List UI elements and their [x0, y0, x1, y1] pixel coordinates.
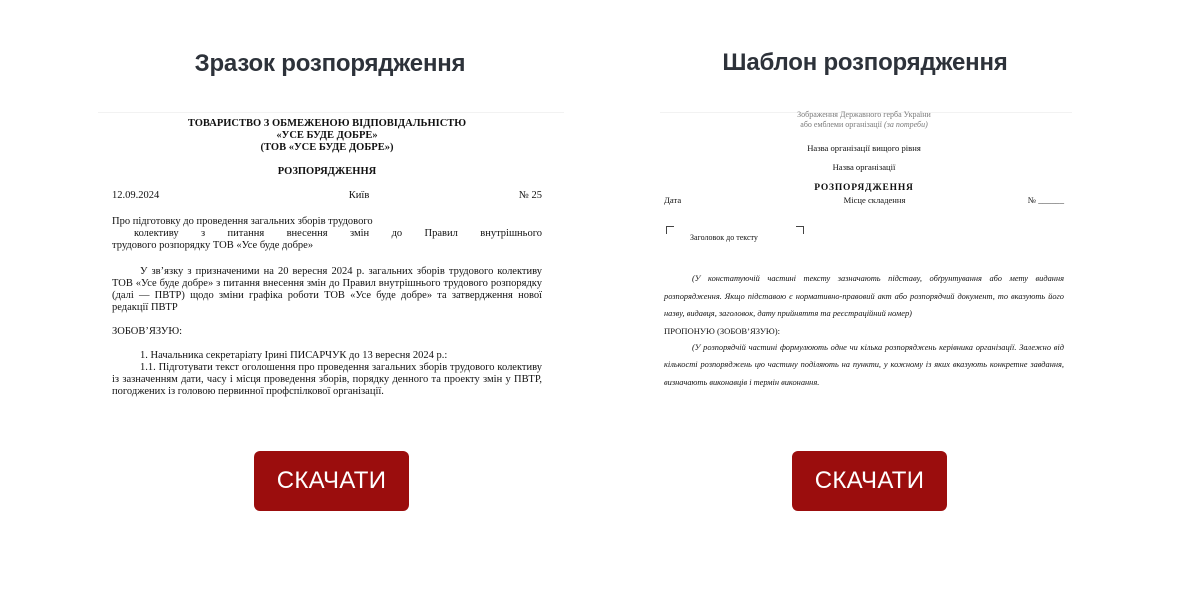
doc-place: Київ: [349, 190, 370, 202]
org-name-line3: (ТОВ «УСЕ БУДЕ ДОБРЕ»): [112, 142, 542, 154]
org-name-line2: «УСЕ БУДЕ ДОБРЕ»: [112, 130, 542, 142]
doc-meta-row: 12.09.2024 Київ № 25: [112, 190, 542, 202]
doc-item-1: 1. Начальника секретаріату Ірині ПИСАРЧУ…: [112, 350, 542, 362]
corner-bracket-right-icon: [796, 226, 804, 234]
org-name: Назва організації: [664, 162, 1064, 173]
doc-subject: Про підготовку до проведення загальних з…: [112, 216, 542, 252]
heading-block: Заголовок до тексту: [664, 224, 1064, 248]
download-template-button[interactable]: СКАЧАТИ: [792, 451, 947, 511]
doc-preamble: У зв’язку з призначеними на 20 вересня 2…: [112, 266, 542, 314]
sample-title: Зразок розпорядження: [90, 50, 570, 78]
doc-item-1-1: 1.1. Підготувати текст оголошення про пр…: [112, 362, 542, 398]
doc-preamble: (У констатуючій частині тексту зазначают…: [664, 270, 1064, 323]
corner-bracket-left-icon: [666, 226, 674, 234]
doc-meta-row: Дата Місце складення № ______: [664, 195, 1064, 206]
doc-date: Дата: [664, 195, 681, 206]
doc-body: (У розпорядчій частині формулюють одне ч…: [664, 339, 1064, 392]
template-document-preview: Зображення Державного герба України або …: [660, 112, 1072, 433]
subject-line: колективу з питання внесення змін до Пра…: [112, 228, 542, 240]
emblem-line: або емблеми організації: [800, 120, 882, 129]
emblem-note: (за потреби): [884, 120, 928, 129]
sample-document-preview: ТОВАРИСТВО З ОБМЕЖЕНОЮ ВІДПОВІДАЛЬНІСТЮ …: [98, 112, 564, 433]
doc-type: РОЗПОРЯДЖЕННЯ: [112, 166, 542, 178]
doc-order-word: ЗОБОВ’ЯЗУЮ:: [112, 326, 542, 338]
subject-line: трудового розпорядку ТОВ «Усе буде добре…: [112, 240, 542, 252]
template-title: Шаблон розпорядження: [650, 49, 1080, 77]
doc-order-word: ПРОПОНУЮ (ЗОБОВ’ЯЗУЮ):: [664, 326, 1064, 337]
doc-number: № 25: [519, 190, 542, 202]
parent-org-name: Назва організації вищого рівня: [664, 143, 1064, 154]
doc-date: 12.09.2024: [112, 190, 159, 202]
org-name-line1: ТОВАРИСТВО З ОБМЕЖЕНОЮ ВІДПОВІДАЛЬНІСТЮ: [112, 118, 542, 130]
doc-type: РОЗПОРЯДЖЕННЯ: [664, 183, 1064, 194]
emblem-placeholder: Зображення Державного герба України або …: [664, 110, 1064, 130]
download-sample-button[interactable]: СКАЧАТИ: [254, 451, 409, 511]
emblem-line: Зображення Державного герба України: [664, 110, 1064, 120]
doc-place: Місце складення: [844, 195, 906, 206]
subject-line: Про підготовку до проведення загальних з…: [112, 216, 542, 228]
heading-placeholder: Заголовок до тексту: [690, 232, 758, 243]
doc-number: № ______: [1028, 195, 1064, 206]
